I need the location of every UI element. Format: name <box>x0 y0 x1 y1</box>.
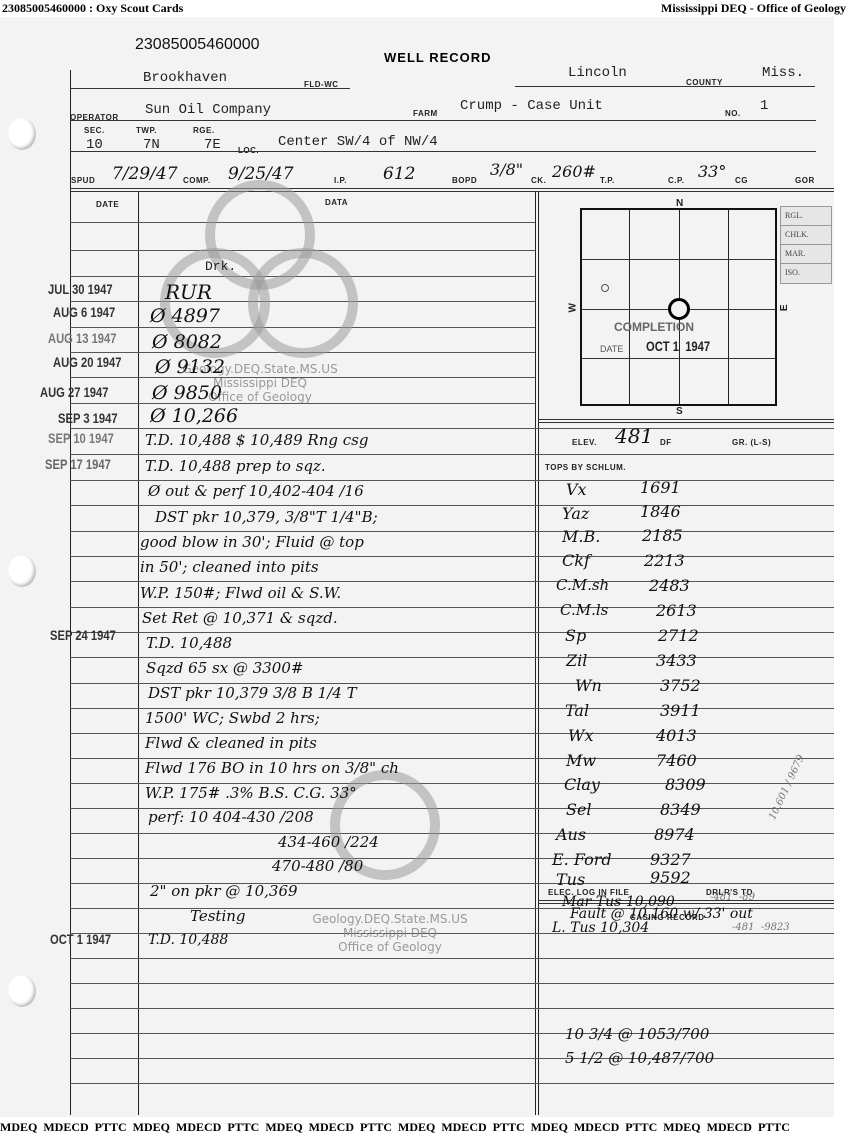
plat-east-label: E <box>779 304 790 311</box>
entry-data: 1500' WC; Swbd 2 hrs; <box>145 709 320 727</box>
df-label: DF <box>660 438 672 447</box>
entry-data: good blow in 30'; Fluid @ top <box>140 533 364 551</box>
punch-hole-icon <box>8 118 36 150</box>
entry-data: 2" on pkr @ 10,369 <box>150 882 298 900</box>
comp-label: COMP. <box>183 176 211 185</box>
entry-data: Ø 9132 <box>155 356 225 378</box>
entry-data: perf: 10 404-430 /208 <box>148 808 314 826</box>
top-name: Wx <box>568 726 593 745</box>
entry-data: T.D. 10,488 <box>148 932 228 948</box>
document-id-title: 23085005460000 : Oxy Scout Cards <box>2 1 183 16</box>
top-name: Clay <box>564 775 600 794</box>
entry-data: T.D. 10,488 $ 10,489 Rng csg <box>145 431 368 449</box>
data-column-header: DATA <box>325 198 348 207</box>
card-title: WELL RECORD <box>384 50 492 65</box>
entry-data: Ø 4897 <box>150 305 220 327</box>
top-name: Zil <box>566 651 587 670</box>
top-depth: 3433 <box>656 651 697 670</box>
top-depth: 3752 <box>660 676 701 695</box>
plat-south-label: S <box>676 406 683 417</box>
extra-top-note: -481 -89 <box>710 892 755 903</box>
number-value: 1 <box>760 98 768 114</box>
top-name: E. Ford <box>552 850 612 869</box>
elev-value: 481 <box>615 424 653 448</box>
entry-date: SEP 17 1947 <box>45 456 111 472</box>
entry-date: JUL 30 1947 <box>48 281 113 297</box>
top-name: Sel <box>566 800 592 819</box>
loc-value: Center SW/4 of NW/4 <box>278 134 438 150</box>
top-depth: 2712 <box>658 626 699 645</box>
entry-data: Testing <box>190 907 246 925</box>
watermark-text: Geology.DEQ.State.MS.USMississippi DEQOf… <box>290 912 490 954</box>
entry-date: AUG 20 1947 <box>53 354 121 370</box>
extra-top: L. Tus 10,304 <box>552 920 649 936</box>
checklist-box: RGL. CHLK. MAR. ISO. <box>780 206 832 284</box>
elev-label: ELEV. <box>572 438 597 447</box>
twp-label: TWP. <box>136 126 157 135</box>
gor-label: GOR <box>795 176 815 185</box>
spud-value: 7/29/47 <box>112 164 178 184</box>
ck-label: CK. <box>531 176 546 185</box>
top-name: C.M.ls <box>560 601 608 619</box>
entry-data: DST pkr 10,379, 3/8"T 1/4"B; <box>155 508 378 526</box>
entry-data: Ø 8082 <box>152 331 222 353</box>
ip-value: 612 <box>383 164 415 184</box>
tp-label: T.P. <box>600 176 615 185</box>
top-depth: 8974 <box>654 825 695 844</box>
entry-data: T.D. 10,488 <box>146 634 232 652</box>
entry-date: AUG 27 1947 <box>40 384 108 400</box>
agency-title: Mississippi DEQ - Office of Geology <box>661 1 846 16</box>
entry-data: W.P. 150#; Flwd oil & S.W. <box>140 584 341 602</box>
punch-hole-icon <box>8 555 36 587</box>
top-depth: 2613 <box>656 601 697 620</box>
top-depth: 8309 <box>665 775 706 794</box>
page-footer: MDEQ MDECD PTTC MDEQ MDECD PTTC MDEQ MDE… <box>0 1120 850 1135</box>
ck-value: 260# <box>552 162 596 181</box>
number-label: NO. <box>725 109 741 118</box>
bopd-value: 3/8" <box>490 160 523 179</box>
top-depth: 9592 <box>650 868 691 887</box>
entry-date: OCT 1 1947 <box>50 931 111 947</box>
operator-value: Sun Oil Company <box>145 102 271 118</box>
checklist-item: ISO. <box>781 264 831 283</box>
farm-label: FARM <box>413 109 438 118</box>
entry-data: DST pkr 10,379 3/8 B 1/4 T <box>148 684 357 702</box>
date-column-header: DATE <box>96 200 119 209</box>
rge-label: RGE. <box>193 126 215 135</box>
ip-label: I.P. <box>334 176 347 185</box>
punch-hole-icon <box>8 975 36 1007</box>
spud-label: SPUD <box>71 176 95 185</box>
offset-well-icon <box>601 284 609 292</box>
entry-data: W.P. 175# .3% B.S. C.G. 33° <box>145 784 357 802</box>
entry-data: Set Ret @ 10,371 & sqzd. <box>142 609 338 627</box>
gr-label: GR. (L-S) <box>732 438 771 447</box>
entry-data: Flwd & cleaned in pits <box>145 734 317 752</box>
completion-date: OCT 1 1947 <box>646 338 710 354</box>
section-plat: COMPLETION DATE OCT 1 1947 <box>580 208 777 406</box>
top-depth: 3911 <box>660 701 701 720</box>
top-depth: 1691 <box>640 478 681 497</box>
top-depth: 7460 <box>656 751 697 770</box>
stamp-date-label: DATE <box>600 344 623 354</box>
entry-data: 470-480 /80 <box>272 857 363 875</box>
top-name: Aus <box>556 825 586 844</box>
top-name: Tal <box>565 701 589 720</box>
top-depth: 4013 <box>656 726 697 745</box>
bopd-label: BOPD <box>452 176 477 185</box>
entry-data: RUR <box>165 280 212 304</box>
entry-data: Flwd 176 BO in 10 hrs on 3/8" ch <box>145 759 399 777</box>
top-name: Sp <box>565 626 586 645</box>
casing-item: 5 1/2 @ 10,487/700 <box>565 1049 714 1067</box>
well-location-icon <box>668 298 690 320</box>
entry-date: SEP 3 1947 <box>58 410 118 426</box>
cp-value: 33° <box>698 162 726 181</box>
checklist-item: RGL. <box>781 207 831 226</box>
entry-data: T.D. 10,488 prep to sqz. <box>145 457 326 475</box>
entry-data: 434-460 /224 <box>278 833 379 851</box>
entry-date: AUG 6 1947 <box>53 304 115 320</box>
top-name: Wn <box>575 676 602 695</box>
checklist-item: MAR. <box>781 245 831 264</box>
top-depth: 1846 <box>640 502 681 521</box>
entry-data: Sqzd 65 sx @ 3300# <box>146 659 303 677</box>
entry-date: SEP 24 1947 <box>50 627 116 643</box>
sec-label: SEC. <box>84 126 105 135</box>
drk-label: Drk. <box>205 259 236 274</box>
field-value: Brookhaven <box>143 70 227 86</box>
cp-label: C.P. <box>668 176 685 185</box>
tops-label: TOPS BY SCHLUM. <box>545 463 626 472</box>
state-value: Miss. <box>762 65 804 81</box>
plat-west-label: W <box>567 303 578 313</box>
extra-top-note: -481 -9823 <box>732 922 790 933</box>
completion-stamp: COMPLETION <box>614 320 694 334</box>
entry-data: Ø 9850 <box>152 382 222 404</box>
checklist-item: CHLK. <box>781 226 831 245</box>
top-name: Vx <box>566 480 587 499</box>
top-name: Ckf <box>562 551 590 570</box>
top-name: Tus <box>556 870 585 889</box>
top-depth: 2483 <box>649 576 690 595</box>
county-value: Lincoln <box>568 65 627 81</box>
top-depth: 2185 <box>642 526 683 545</box>
entry-data: in 50'; cleaned into pits <box>140 558 319 576</box>
api-number: 23085005460000 <box>135 36 260 54</box>
top-name: M.B. <box>562 527 600 546</box>
entry-data: Ø out & perf 10,402-404 /16 <box>148 482 364 500</box>
farm-value: Crump - Case Unit <box>460 98 603 114</box>
entry-data: Ø 10,266 <box>150 405 238 427</box>
top-depth: 2213 <box>644 551 685 570</box>
cg-label: CG <box>735 176 748 185</box>
page-header: 23085005460000 : Oxy Scout Cards Mississ… <box>0 0 850 16</box>
top-name: Mw <box>566 751 596 770</box>
top-depth: 8349 <box>660 800 701 819</box>
entry-date: SEP 10 1947 <box>48 430 114 446</box>
top-name: Yaz <box>562 504 589 523</box>
top-depth: 9327 <box>650 850 691 869</box>
entry-date: AUG 13 1947 <box>48 330 116 346</box>
casing-item: 10 3/4 @ 1053/700 <box>565 1025 709 1043</box>
top-name: C.M.sh <box>556 576 609 594</box>
